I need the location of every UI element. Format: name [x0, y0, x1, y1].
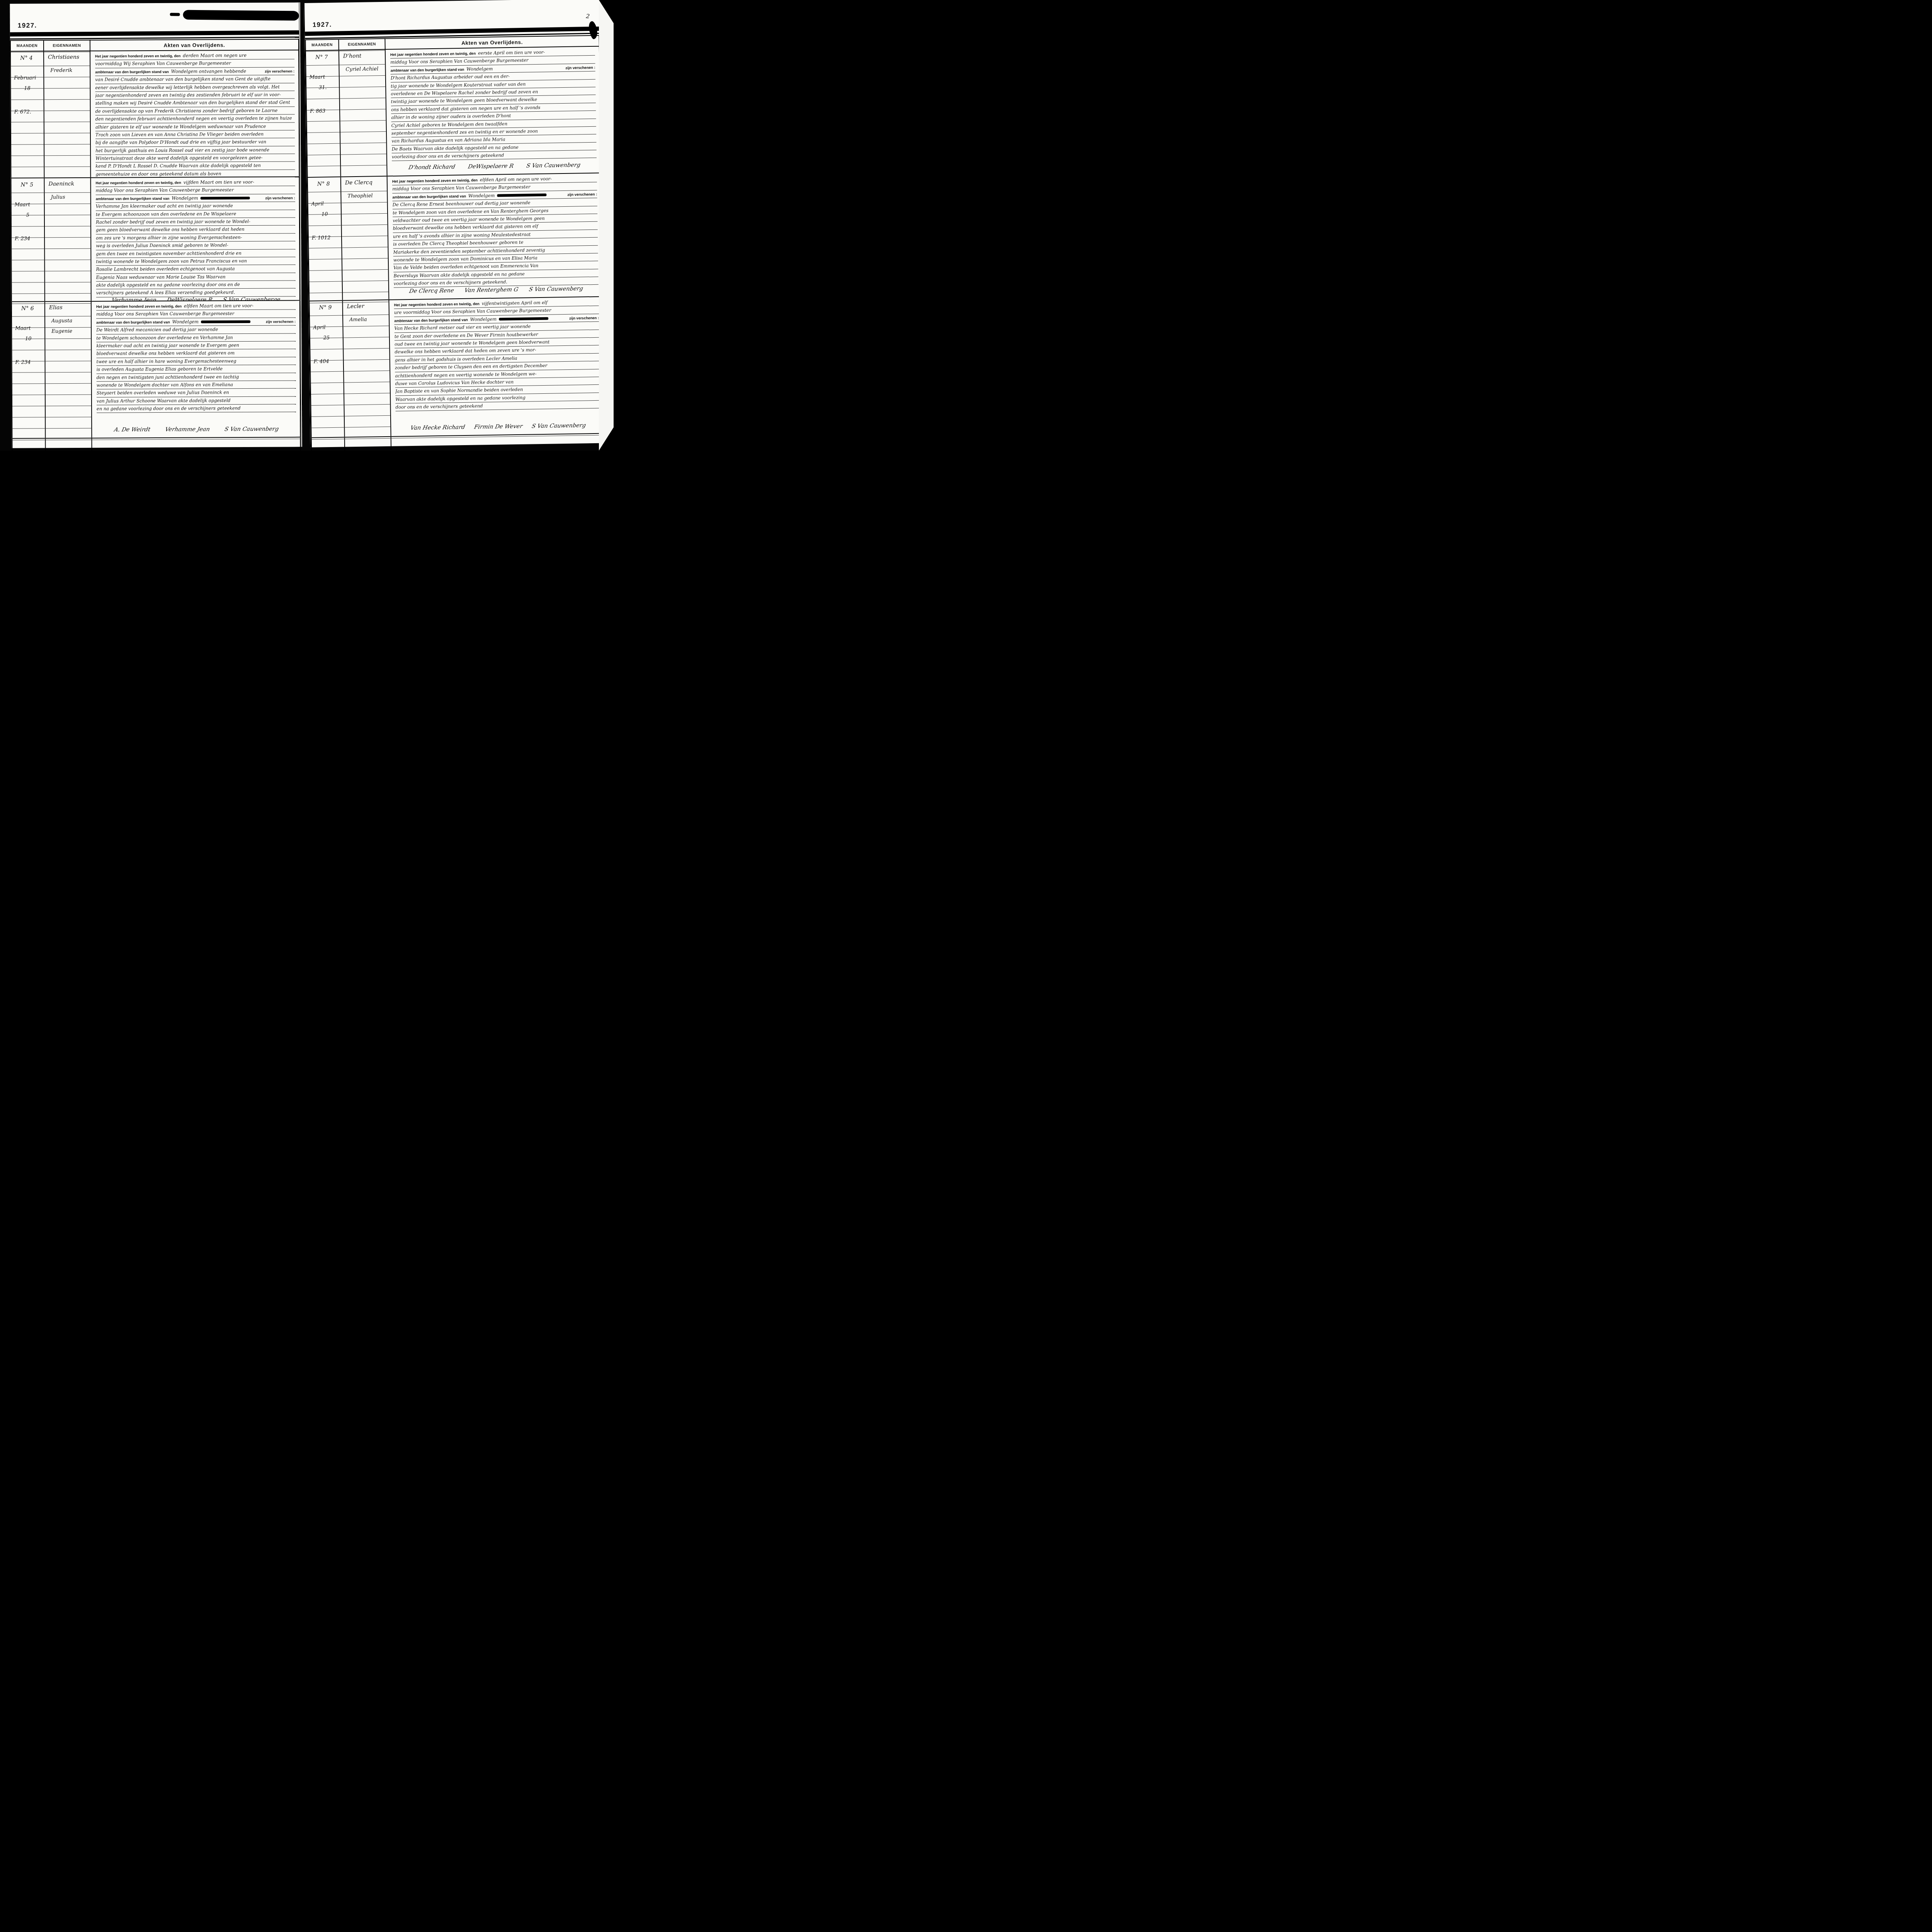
act-line: Troch zoon van Lieven en van Anna Christ… [95, 130, 295, 139]
act-line: stelling maken wij Desiré Cnudde Ambtena… [95, 99, 295, 108]
handwritten-date: vijfden Maart om tien ure voor- [184, 179, 254, 186]
death-act-entry: N° 9 April 25 F. 404 Lecler Amelia Het j… [309, 297, 605, 438]
entry-margin-cell: N° 7 Maart 31. F. 863 [305, 51, 341, 177]
handwritten-text: kend P. D'Hondt L Rossel D. Cnudde Waarv… [95, 162, 261, 170]
act-line: Wintertuinstraat deze akte werd dadelijk… [95, 154, 295, 163]
printed-formula: zijn verschenen : [266, 318, 296, 326]
handwritten-date: elfden Maart om tien ure voor- [184, 302, 253, 310]
printed-formula: Het jaar negentien honderd zeven en twin… [96, 303, 182, 311]
printed-formula: zijn verschenen : [569, 315, 599, 323]
entry-act-cell: Het jaar negentien honderd zeven en twin… [389, 297, 605, 436]
handwritten-text: den negentienden februari achttienhonder… [95, 115, 292, 123]
act-line: Steyaert beiden overleden weduwe van Jul… [97, 389, 296, 398]
handwritten-text: bloedverwant dewelke ons hebben verklaar… [96, 349, 235, 357]
entries-left: N° 4 Februari 18 F. 672. Christiaens Fre… [10, 50, 301, 439]
act-line: Rachel zonder bedrijf oud zeven en twint… [96, 218, 295, 226]
signature: D'hondt Richard [408, 164, 456, 171]
scanned-register-spread: 1927. MAANDEN EIGENNAMEN Akten van Overl… [0, 0, 614, 451]
act-folio-ref: F. 672. [14, 109, 44, 115]
handwritten-text: te Wondelgem schoonzoon der overledene e… [96, 334, 233, 342]
entry-name-cell: Daeninck Julius [44, 178, 91, 301]
death-act-entry: N° 7 Maart 31. F. 863 D'hont Cyriel Achi… [305, 47, 602, 178]
death-act-entry: N° 8 April 10 F. 1012 De Clercq Theophie… [307, 173, 604, 301]
handwritten-text: door ons en de verschijners geteekend [395, 402, 483, 411]
entries-right: N° 7 Maart 31. F. 863 D'hont Cyriel Achi… [305, 47, 605, 438]
column-header-eigennamen: EIGENNAMEN [44, 40, 90, 52]
ink-redaction-bar [201, 197, 250, 200]
act-line: De Weirdt Alfred mecanicien oud dertig j… [96, 326, 296, 335]
act-number: N° 8 [317, 181, 340, 187]
handwritten-place: Wondelgem ontvangen hebbende [171, 68, 246, 75]
act-line: verschijners geteekend A lees Elias verz… [96, 289, 296, 298]
handwritten-text: Wintertuinstraat deze akte werd dadelijk… [95, 154, 263, 162]
act-number: N° 4 [20, 55, 43, 61]
signature: Verhamme Jean [165, 426, 211, 433]
blank-cell [391, 434, 605, 450]
entry-act-cell: Het jaar negentien honderd zeven en twin… [386, 47, 602, 176]
entry-name-cell: Christiaens Frederik [44, 51, 91, 178]
act-number: N° 9 [319, 304, 342, 311]
act-folio-ref: F. 1012 [312, 235, 341, 241]
handwritten-date: derden Maart om negen ure [183, 52, 247, 60]
act-line: jaar negentienhonderd zeven en twintig d… [95, 91, 294, 100]
entry-act-cell: Het jaar negentien honderd zeven en twin… [388, 173, 604, 299]
handwritten-text: Rosalie Lambrecht beiden overleden echtg… [96, 265, 235, 273]
death-act-entry: N° 6 Maart 10 F. 234 Elias Augusta Eugen… [11, 301, 301, 439]
register-page-left: 1927. MAANDEN EIGENNAMEN Akten van Overl… [10, 2, 302, 448]
deceased-surname: D'hont [343, 53, 385, 60]
entry-margin-cell: N° 4 Februari 18 F. 672. [10, 51, 44, 177]
handwritten-text: De Weirdt Alfred mecanicien oud dertig j… [96, 326, 218, 334]
act-line: van Julius Arthur Schoone Waarvan akte d… [97, 396, 296, 405]
scan-corner-shadow [599, 427, 614, 451]
entry-name-cell: Elias Augusta Eugenie [45, 302, 92, 438]
handwritten-text: om zes ure 's morgens alhier in zijne wo… [96, 234, 242, 242]
deceased-given-names: Augusta Eugenie [51, 316, 88, 337]
deceased-surname: Elias [49, 304, 91, 311]
entry-act-cell: Het jaar negentien honderd zeven en twin… [92, 301, 301, 437]
signature: S Van Cauwenberg [531, 422, 587, 429]
entry-margin-cell: N° 5 Maart 5 F. 234 [10, 178, 45, 301]
act-month: April [313, 325, 342, 331]
handwritten-text: eener overlijdensakte dewelke wij letter… [95, 83, 279, 91]
signature: S Van Cauwenberg [526, 162, 581, 169]
handwritten-text: Rachel zonder bedrijf oud zeven en twint… [96, 218, 250, 226]
act-month: Maart [15, 202, 44, 207]
act-month: April [311, 201, 341, 207]
act-folio-ref: F. 863 [310, 108, 339, 114]
signature: DeWispelaere R [467, 163, 514, 170]
blank-cell [12, 439, 46, 451]
deceased-given-names: Cyriel Achiel [345, 64, 382, 75]
deceased-given-names: Julius [51, 192, 88, 202]
act-month: Maart [15, 325, 44, 331]
act-line: den negen en twintigsten juni achttienho… [97, 373, 296, 382]
act-line: Het jaar negentien honderd zeven en twin… [96, 302, 296, 311]
ink-redaction-bar [497, 194, 546, 197]
handwritten-text: te Evergem schoonzoon van den overledene… [96, 210, 236, 218]
handwritten-date: elfden April om negen ure voor- [480, 175, 552, 184]
entry-act-cell: Het jaar negentien honderd zeven en twin… [90, 50, 299, 177]
handwritten-text: Troch zoon van Lieven en van Anna Christ… [95, 131, 264, 139]
handwritten-place: Wondelgem [172, 318, 199, 326]
blank-cell [92, 437, 301, 451]
act-line: Verhamme Jan kleermaker oud acht en twin… [96, 202, 295, 211]
act-day: 25 [310, 335, 343, 341]
column-header-maanden: MAANDEN [10, 40, 44, 51]
deceased-surname: Daeninck [48, 181, 90, 187]
act-month: Februari [14, 75, 43, 81]
deceased-given-names: Amelia [349, 314, 386, 325]
printed-formula: Het jaar negentien honderd zeven en twin… [95, 53, 180, 60]
handwritten-text: twee ure en half alhier in hare woning E… [96, 357, 236, 366]
act-line: voormiddag Wij Seraphien Van Cauwenberge… [95, 60, 294, 68]
signature: A. De Weirdt [114, 427, 151, 433]
act-line: gemeentehuize en door ons geteekend datu… [95, 170, 295, 177]
year-label: 1927. [304, 0, 599, 30]
signature: De Clercq Rene [408, 287, 454, 294]
entry-margin-cell: N° 8 April 10 F. 1012 [307, 177, 343, 301]
handwritten-text: bij de aangifte van Polydoor D'Hondt oud… [95, 138, 266, 146]
act-line: alhier gisteren te elf uur wonende te Wo… [95, 122, 295, 131]
printed-formula: zijn verschenen : [265, 68, 294, 75]
handwritten-place: Wondelgem [470, 315, 497, 323]
handwritten-text: de overlijdensakte op van Frederik Chris… [95, 107, 278, 115]
printed-formula: ambtenaar van den burgerlijken stand van [96, 195, 170, 203]
ink-redaction-bar [499, 317, 548, 321]
signature: Verhamme Jean [111, 297, 157, 301]
signature: DeWispelaere R [166, 297, 213, 301]
handwritten-text: is overleden Augusta Eugenia Elias gebor… [97, 365, 223, 373]
scan-ink-artifact [183, 10, 299, 21]
act-line: ambtenaar van den burgerlijken stand van… [95, 67, 294, 76]
act-line: te Wondelgem schoonzoon der overledene e… [96, 333, 296, 342]
handwritten-text: akte dadelijk opgesteld en na gedane voo… [96, 281, 240, 289]
act-month: Maart [310, 74, 339, 80]
act-line: gem den twee en twintigsten november ach… [96, 249, 295, 258]
blank-cell [345, 437, 391, 451]
handwritten-text: van Julius Arthur Schoone Waarvan akte d… [97, 397, 231, 405]
table-header: MAANDEN EIGENNAMEN Akten van Overlijdens… [10, 39, 299, 51]
act-line: den negentienden februari achttienhonder… [95, 115, 295, 124]
deceased-given-names: Theophiel [347, 190, 384, 201]
printed-formula: zijn verschenen : [567, 191, 597, 199]
handwritten-text: den negen en twintigsten juni achttienho… [97, 373, 239, 381]
act-number: N° 5 [21, 182, 44, 188]
blank-cell [311, 438, 345, 451]
act-line: eener overlijdensakte dewelke wij letter… [95, 83, 294, 92]
act-line: twintig wonende te Wondelgem zoon van Pe… [96, 257, 295, 266]
signature-row: Van Hecke Richard Firmin De Wever S Van … [396, 418, 600, 432]
handwritten-text: van Desiré Cnudde ambtenaar van den burg… [95, 75, 270, 83]
handwritten-text: gemeentehuize en door ons geteekend datu… [95, 170, 221, 177]
entry-act-cell: Het jaar negentien honderd zeven en twin… [91, 177, 300, 301]
signature: Van Hecke Richard [410, 424, 466, 431]
handwritten-date: vijfentwintigsten April om elf [482, 299, 548, 308]
signature-row: A. De Weirdt Verhamme Jean S Van Cauwenb… [97, 422, 296, 433]
signature: S Van Cauwenberge [222, 296, 281, 301]
act-day: 18 [11, 85, 43, 91]
signature: Van Renterghem G [464, 287, 519, 294]
act-day: 10 [12, 336, 44, 342]
act-line: Het jaar negentien honderd zeven en twin… [95, 51, 294, 60]
handwritten-place: Wondelgem [466, 65, 493, 73]
scan-band [10, 30, 299, 36]
act-day: 31. [306, 85, 339, 91]
act-line: kend P. D'Hondt L Rossel D. Cnudde Waarv… [95, 162, 295, 171]
signature: Firmin De Wever [474, 423, 523, 430]
sheet-number: 2 [586, 13, 590, 20]
act-line: is overleden Augusta Eugenia Elias gebor… [97, 365, 296, 374]
act-line: te Evergem schoonzoon van den overledene… [96, 210, 295, 219]
handwritten-text: gem geen bloedverwant dewelke ons hebben… [96, 226, 245, 234]
act-line: wonende te Wondelgem dochter van Alfons … [97, 381, 296, 389]
handwritten-text: jaar negentienhonderd zeven en twintig d… [95, 91, 281, 100]
handwritten-text: verschijners geteekend A lees Elias verz… [96, 289, 235, 297]
scan-right-margin [599, 0, 614, 451]
signature: S Van Cauwenberg [529, 286, 584, 293]
handwritten-text: stelling maken wij Desiré Cnudde Ambtena… [95, 99, 290, 107]
handwritten-text: kleermaker oud acht en twintig jaar wone… [96, 342, 239, 350]
act-line: Het jaar negentien honderd zeven en twin… [95, 178, 295, 187]
handwritten-text: het burgerlijk gasthuis en Louis Rossel … [95, 146, 269, 154]
handwritten-place: Wondelgem [172, 194, 198, 202]
act-folio-ref: F. 404 [314, 359, 343, 365]
scan-corner-shadow [599, 0, 614, 23]
entry-margin-cell: N° 6 Maart 10 F. 234 [11, 302, 46, 438]
act-number: N° 7 [315, 54, 338, 61]
death-act-entry: N° 4 Februari 18 F. 672. Christiaens Fre… [10, 50, 299, 178]
entry-name-cell: Lecler Amelia [343, 300, 391, 437]
act-number: N° 6 [21, 305, 44, 311]
printed-formula: zijn verschenen : [265, 194, 295, 202]
act-line: weg is overleden Julius Daeninck smid ge… [96, 241, 295, 250]
entry-name-cell: D'hont Cyriel Achiel [339, 50, 388, 177]
handwritten-text: alhier gisteren te elf uur wonende te Wo… [95, 122, 266, 131]
act-folio-ref: F. 234 [15, 359, 45, 365]
act-line: van Desiré Cnudde ambtenaar van den burg… [95, 75, 294, 84]
handwritten-text: Eugenia Naas weduwnaar van Marie Louise … [96, 273, 226, 281]
handwritten-text: middag Voor ons Seraphien Van Cauwenberg… [96, 187, 234, 195]
act-line: bloedverwant dewelke ons hebben verklaar… [96, 349, 296, 358]
handwritten-text: Steyaert beiden overleden weduwe van Jul… [97, 389, 229, 397]
act-line: de overlijdensakte op van Frederik Chris… [95, 107, 295, 116]
printed-formula: Het jaar negentien honderd zeven en twin… [95, 179, 181, 187]
handwritten-place: Wondelgem [468, 192, 495, 200]
column-header-akten: Akten van Overlijdens. [90, 39, 299, 51]
act-line: middag Voor ons Seraphien Van Cauwenberg… [96, 310, 296, 319]
deceased-given-names: Frederik [50, 65, 87, 76]
act-line: akte dadelijk opgesteld en na gedane voo… [96, 281, 296, 290]
act-day: 10 [308, 211, 341, 218]
printed-formula: ambtenaar van den burgerlijken stand van [96, 319, 170, 327]
act-line: ambtenaar van den burgerlijken stand van… [96, 318, 296, 327]
handwritten-text: voormiddag Wij Seraphien Van Cauwenberge… [95, 60, 231, 68]
signature: S Van Cauwenberg [224, 426, 279, 433]
entry-name-cell: De Clercq Theophiel [341, 177, 389, 300]
act-line: Eugenia Naas weduwnaar van Marie Louise … [96, 273, 296, 282]
column-header-eigennamen: EIGENNAMEN [339, 38, 385, 51]
handwritten-text: weg is overleden Julius Daeninck smid ge… [96, 241, 228, 250]
deceased-surname: De Clercq [345, 179, 387, 186]
act-line: ambtenaar van den burgerlijken stand van… [96, 194, 295, 203]
act-day: 5 [12, 212, 44, 218]
act-line: het burgerlijk gasthuis en Louis Rossel … [95, 146, 295, 155]
ink-redaction-bar [201, 320, 250, 323]
act-line: om zes ure 's morgens alhier in zijne wo… [96, 233, 295, 242]
act-line: twee ure en half alhier in hare woning E… [96, 357, 296, 366]
act-folio-ref: F. 234 [15, 236, 44, 241]
blank-cell [46, 439, 92, 451]
printed-formula: ambtenaar van den burgerlijken stand van [95, 68, 169, 76]
handwritten-text: twintig wonende te Wondelgem zoon van Pe… [96, 257, 247, 265]
column-header-maanden: MAANDEN [305, 39, 339, 51]
printed-formula: zijn verschenen : [565, 64, 595, 72]
handwritten-text: wonende te Wondelgem dochter van Alfons … [97, 381, 233, 389]
handwritten-text: middag Voor ons Seraphien Van Cauwenberg… [96, 310, 234, 318]
handwritten-text: gem den twee en twintigsten november ach… [96, 250, 241, 258]
act-line: kleermaker oud acht en twintig jaar wone… [96, 341, 296, 350]
act-line: middag Voor ons Seraphien Van Cauwenberg… [96, 186, 295, 195]
signature-row: Verhamme Jean DeWispelaere R S Van Cauwe… [96, 296, 296, 301]
act-line: gem geen bloedverwant dewelke ons hebben… [96, 226, 295, 235]
handwritten-text: en na gedane voorlezing door ons en de v… [97, 405, 241, 413]
deceased-surname: Lecler [347, 303, 389, 310]
handwritten-text: Verhamme Jan kleermaker oud acht en twin… [96, 202, 233, 210]
entry-margin-cell: N° 9 April 25 F. 404 [309, 301, 345, 437]
death-act-entry: N° 5 Maart 5 F. 234 Daeninck Julius Het … [10, 177, 300, 302]
act-line: en na gedane voorlezing door ons en de v… [97, 405, 296, 413]
register-page-right: 2 1927. MAANDEN EIGENNAMEN Akten van Ove… [304, 0, 607, 447]
handwritten-date: eerste April om tien ure voor- [478, 49, 545, 57]
blank-ruled-row [12, 437, 301, 451]
deceased-surname: Christiaens [48, 54, 90, 60]
act-line: Rosalie Lambrecht beiden overleden echtg… [96, 265, 295, 274]
act-line: bij de aangifte van Polydoor D'Hondt oud… [95, 138, 295, 147]
